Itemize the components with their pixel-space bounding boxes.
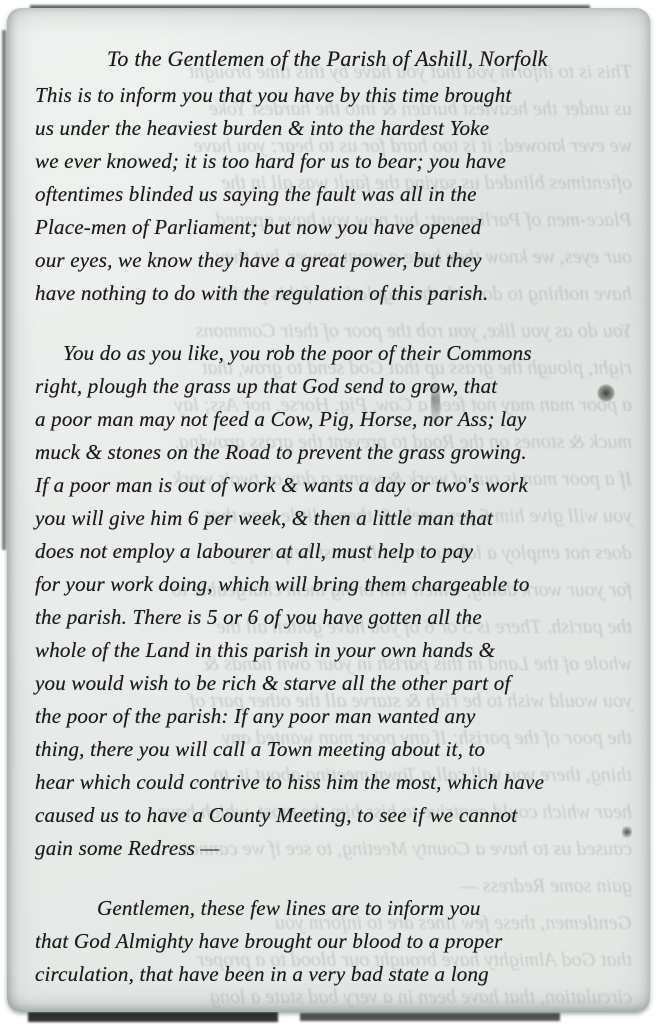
letter-line: a poor man may not feed a Cow, Pig, Hors… <box>35 403 630 436</box>
letter-paragraph: Gentlemen, these few lines are to inform… <box>35 892 630 991</box>
scan-edge-left <box>2 30 6 550</box>
letter-paragraphs: This is to inform you that you have by t… <box>35 79 630 991</box>
letter-line: does not employ a labourer at all, must … <box>35 535 630 568</box>
letter-line: the poor of the parish: If any poor man … <box>35 700 630 733</box>
letter-line: You do as you like, you rob the poor of … <box>35 337 630 370</box>
letter-line: we ever knowed; it is too hard for us to… <box>35 145 630 178</box>
letter-paragraph: This is to inform you that you have by t… <box>35 79 630 310</box>
letter-line: muck & stones on the Road to prevent the… <box>35 436 630 469</box>
letter-line: you will give him 6 per week, & then a l… <box>35 502 630 535</box>
letter-line: that God Almighty have brought our blood… <box>35 925 630 958</box>
letter-line: our eyes, we know they have a great powe… <box>35 244 630 277</box>
scan-edge-bottom <box>300 1013 560 1021</box>
letter-heading: To the Gentlemen of the Parish of Ashill… <box>35 42 630 75</box>
letter-line: whole of the Land in this parish in your… <box>35 634 630 667</box>
letter-line: Place-men of Parliament; but now you hav… <box>35 211 630 244</box>
letter-line: If a poor man is out of work & wants a d… <box>35 469 630 502</box>
letter-line: us under the heaviest burden & into the … <box>35 112 630 145</box>
letter-page: This is to inform you that you have by t… <box>7 8 650 1012</box>
letter-line: circulation, that have been in a very ba… <box>35 958 630 991</box>
letter-line: hear which could contrive to hiss him th… <box>35 766 630 799</box>
letter-body: To the Gentlemen of the Parish of Ashill… <box>7 8 650 1012</box>
letter-line: have nothing to do with the regulation o… <box>35 277 630 310</box>
letter-line: the parish. There is 5 or 6 of you have … <box>35 601 630 634</box>
letter-line: gain some Redress — <box>35 832 630 865</box>
letter-line: Gentlemen, these few lines are to inform… <box>35 892 630 925</box>
letter-line: you would wish to be rich & starve all t… <box>35 667 630 700</box>
letter-line: oftentimes blinded us saying the fault w… <box>35 178 630 211</box>
scan-edge-bottom <box>28 1012 278 1022</box>
letter-paragraph: You do as you like, you rob the poor of … <box>35 337 630 865</box>
letter-line: This is to inform you that you have by t… <box>35 79 630 112</box>
letter-line: right, plough the grass up that God send… <box>35 370 630 403</box>
letter-line: thing, there you will call a Town meetin… <box>35 733 630 766</box>
letter-line: caused us to have a County Meeting, to s… <box>35 799 630 832</box>
letter-line: for your work doing, which will bring th… <box>35 568 630 601</box>
